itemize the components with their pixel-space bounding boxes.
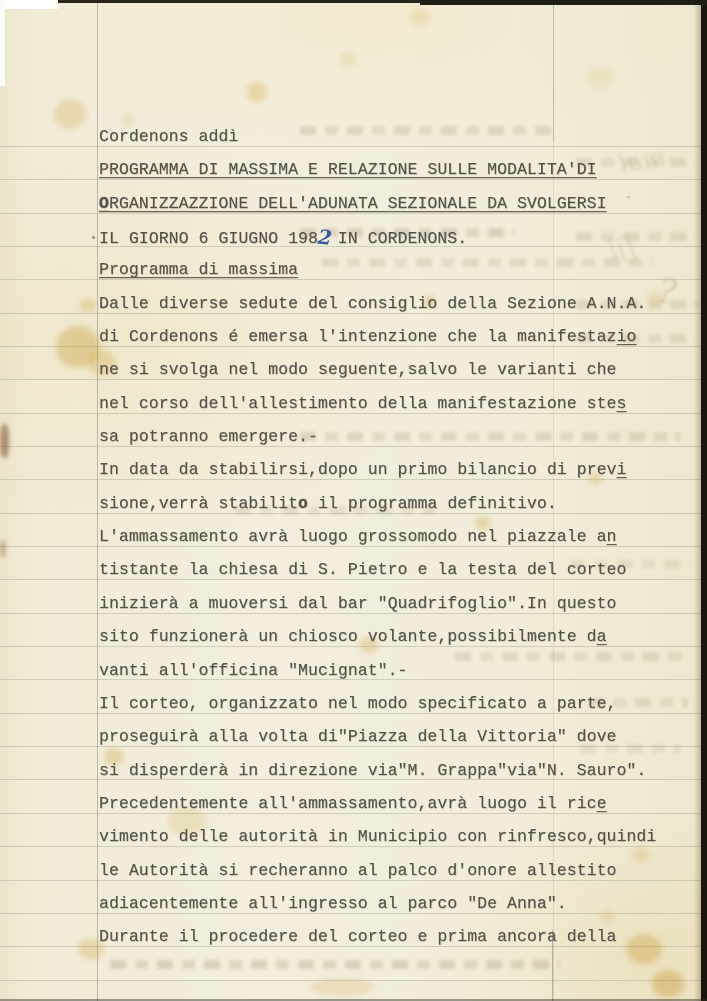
typed-line: Precedentemente all'ammassamento,avrà lu…	[99, 787, 699, 820]
paper-stain	[340, 52, 356, 66]
typed-line: PROGRAMMA DI MASSIMA E RELAZIONE SULLE M…	[99, 153, 699, 186]
typed-line: tistante la chiesa di S. Pietro e la tes…	[99, 553, 699, 586]
typed-line: Cordenons addì	[99, 120, 699, 153]
typed-line: proseguirà alla volta di"Piazza della Vi…	[99, 720, 699, 753]
typed-line: In data da stabilirsi,dopo un primo bila…	[99, 453, 699, 486]
typed-line: Dalle diverse sedute del consiglio della…	[99, 287, 699, 320]
edge-stain	[0, 540, 6, 558]
typed-line: di Cordenons é emersa l'intenzione che l…	[99, 320, 699, 353]
margin-line	[97, 0, 98, 1001]
typed-line: adiacentemente all'ingresso al parco "De…	[99, 887, 699, 920]
scan-left-white	[0, 0, 5, 86]
scan-edge-top	[420, 0, 707, 5]
typed-line: ORGANIZZAZZIONE DELL'ADUNATA SEZIONALE D…	[99, 187, 699, 220]
paper-stain	[652, 970, 684, 998]
typed-line: IL GIORNO 6 GIUGNO 1982 IN CORDENONS.	[99, 220, 699, 253]
paper-stain	[588, 68, 612, 88]
bleed-through-text	[110, 960, 560, 969]
edge-stain	[0, 424, 9, 458]
paper-stain	[247, 82, 267, 102]
typed-line: Il corteo, organizzato nel modo specific…	[99, 687, 699, 720]
ink-speck	[92, 236, 95, 239]
typed-line: Durante il procedere del corteo e prima …	[99, 920, 699, 953]
typed-line: vanti all'officina "Mucignat".-	[99, 654, 699, 687]
typed-line: Programma di massima	[99, 253, 699, 286]
handwritten-correction: 2	[316, 221, 329, 255]
paper-stain	[80, 298, 96, 312]
typed-line: le Autorità si recheranno al palco d'ono…	[99, 854, 699, 887]
typed-line: sito funzionerà un chiosco volante,possi…	[99, 620, 699, 653]
scan-corner-white	[0, 0, 58, 9]
paper-stain	[310, 978, 374, 996]
ink-speck	[627, 196, 630, 198]
typed-text-block: Cordenons addìPROGRAMMA DI MASSIMA E REL…	[99, 120, 699, 954]
scan-edge-right	[701, 0, 707, 1001]
typed-line: L'ammassamento avrà luogo grossomodo nel…	[99, 520, 699, 553]
typed-line: vimento delle autorità in Municipio con …	[99, 820, 699, 853]
typed-line: inizierà a muoversi dal bar "Quadrifogli…	[99, 587, 699, 620]
typed-line: si disperderà in direzione via"M. Grappa…	[99, 754, 699, 787]
paper-stain	[410, 8, 430, 26]
paper-stain	[54, 99, 86, 129]
typed-line: nel corso dell'allestimento della manife…	[99, 387, 699, 420]
typed-line: sa potranno emergere.-	[99, 420, 699, 453]
typed-line: ne si svolga nel modo seguente,salvo le …	[99, 353, 699, 386]
paper-sheet: mal fjl ? Cordenons addìPROGRAMMA DI MAS…	[0, 0, 707, 1001]
typed-line: sione,verrà stabilito il programma defin…	[99, 487, 699, 520]
